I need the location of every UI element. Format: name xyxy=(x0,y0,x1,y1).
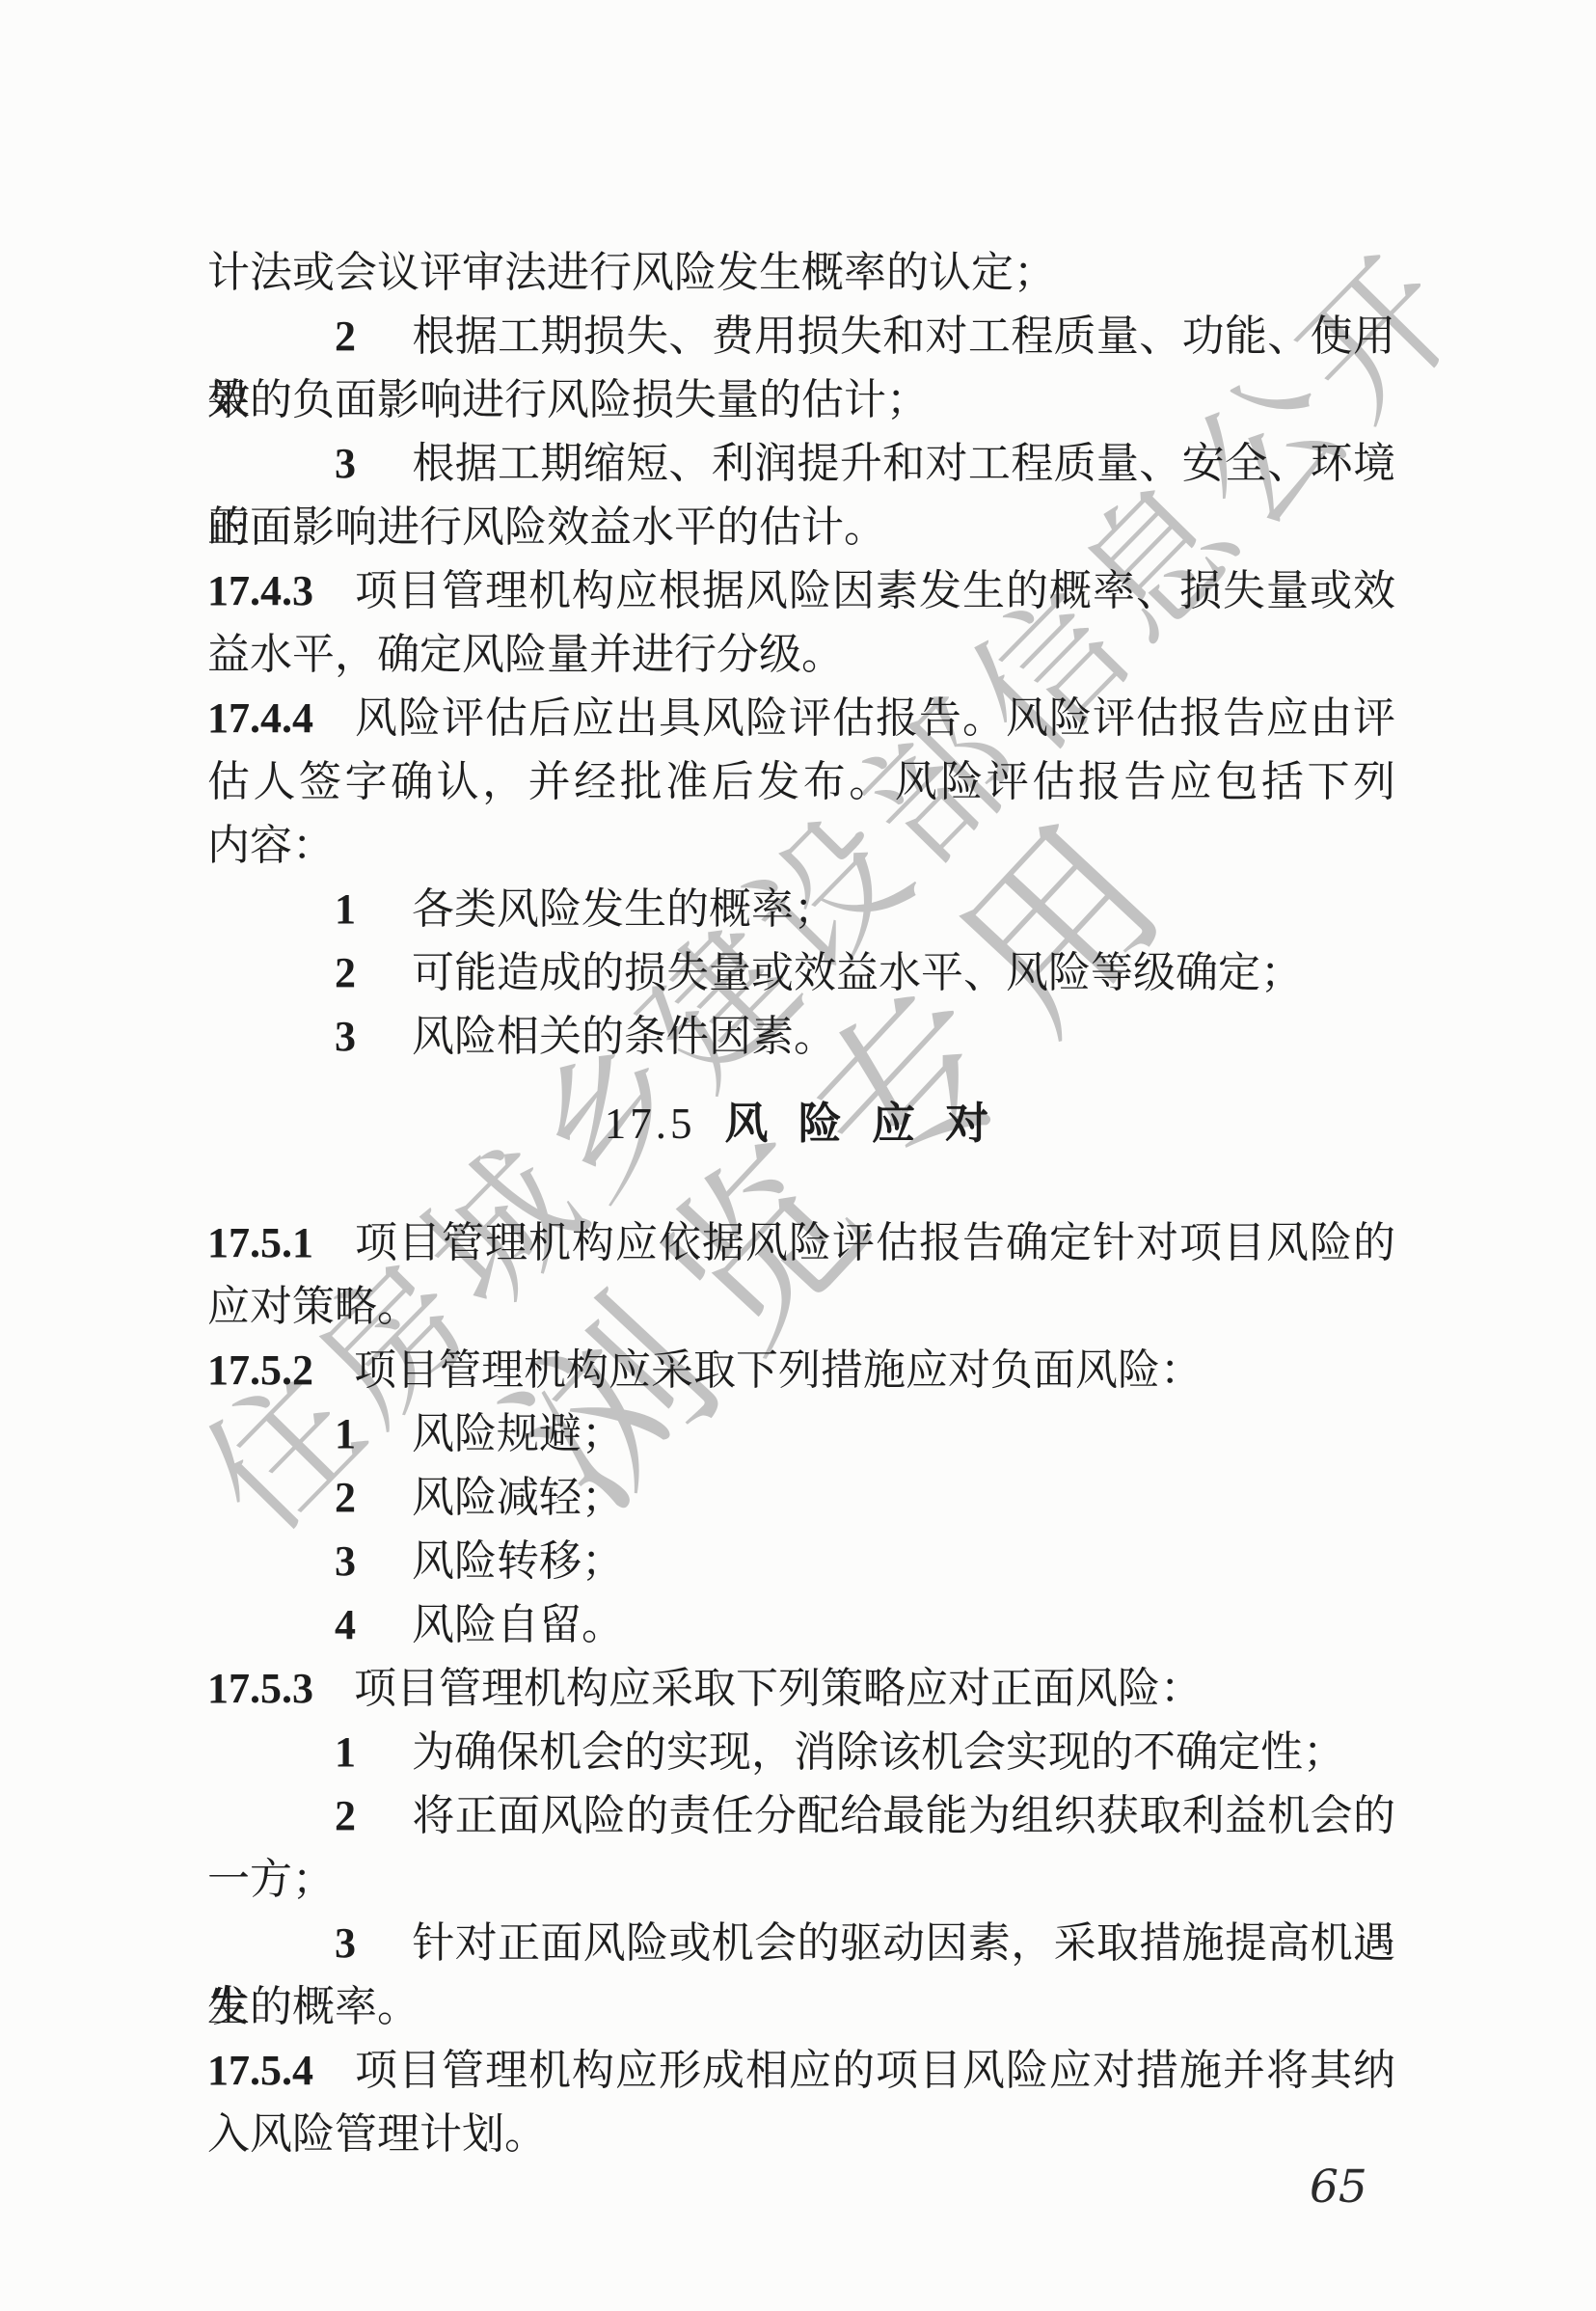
line-text: 风险自留。 xyxy=(412,1601,624,1648)
text-line: 果的负面影响进行风险损失量的估计； xyxy=(207,368,1395,432)
list-item-line: 1为确保机会的实现，消除该机会实现的不确定性； xyxy=(207,1721,1395,1784)
line-text: 各类风险发生的概率； xyxy=(412,885,836,933)
list-item-number: 2 xyxy=(335,1784,356,1848)
line-text: 入风险管理计划。 xyxy=(207,2110,547,2158)
clause-line: 17.5.3项目管理机构应采取下列策略应对正面风险： xyxy=(207,1657,1395,1721)
list-item-number: 1 xyxy=(335,1402,356,1466)
clause-number: 17.4.4 xyxy=(207,687,313,750)
scanned-standard-page: { "page": { "number": "65", "watermark":… xyxy=(0,0,1596,2311)
list-item-number: 2 xyxy=(335,1466,356,1530)
line-text: 正面影响进行风险效益水平的估计。 xyxy=(207,503,886,551)
line-text: 风险评估后应出具风险评估报告。风险评估报告应由评 xyxy=(354,694,1395,742)
clause-line: 17.5.2项目管理机构应采取下列措施应对负面风险： xyxy=(207,1339,1395,1402)
line-text: 风险相关的条件因素。 xyxy=(412,1013,836,1060)
list-item-number: 1 xyxy=(335,878,356,941)
list-item-line: 2将正面风险的责任分配给最能为组织获取利益机会的 xyxy=(207,1784,1395,1848)
line-text: 将正面风险的责任分配给最能为组织获取利益机会的 xyxy=(412,1792,1395,1839)
text-line: 益水平，确定风险量并进行分级。 xyxy=(207,623,1395,687)
clause-line: 17.5.4项目管理机构应形成相应的项目风险应对措施并将其纳 xyxy=(207,2039,1395,2103)
section-heading-title: 风 险 应 对 xyxy=(724,1100,998,1148)
list-item-number: 2 xyxy=(335,941,356,1005)
list-item-line: 3根据工期缩短、利润提升和对工程质量、安全、环境的 xyxy=(207,432,1395,496)
line-text: 项目管理机构应依据风险评估报告确定针对项目风险的 xyxy=(354,1219,1395,1266)
line-text: 内容： xyxy=(207,822,335,869)
line-text: 计法或会议评审法进行风险发生概率的认定； xyxy=(207,249,1056,296)
list-item-line: 1风险规避； xyxy=(207,1402,1395,1466)
list-item-line: 2可能造成的损失量或效益水平、风险等级确定； xyxy=(207,941,1395,1005)
text-line: 一方； xyxy=(207,1848,1395,1912)
line-text: 可能造成的损失量或效益水平、风险等级确定； xyxy=(412,949,1303,996)
line-text: 估人签字确认，并经批准后发布。风险评估报告应包括下列 xyxy=(207,758,1395,805)
list-item-line: 3针对正面风险或机会的驱动因素，采取措施提高机遇发 xyxy=(207,1912,1395,1975)
list-item-number: 3 xyxy=(335,1530,356,1593)
line-text: 为确保机会的实现，消除该机会实现的不确定性； xyxy=(412,1728,1345,1776)
text-line: 计法或会议评审法进行风险发生概率的认定； xyxy=(207,241,1395,305)
list-item-line: 1各类风险发生的概率； xyxy=(207,878,1395,941)
clause-number: 17.5.4 xyxy=(207,2039,313,2103)
clause-number: 17.5.1 xyxy=(207,1211,313,1275)
line-text: 项目管理机构应采取下列措施应对负面风险： xyxy=(354,1346,1203,1394)
line-text: 风险转移； xyxy=(412,1537,624,1585)
clause-line: 17.4.3项目管理机构应根据风险因素发生的概率、损失量或效 xyxy=(207,559,1395,623)
text-line: 内容： xyxy=(207,814,1395,878)
line-text: 益水平，确定风险量并进行分级。 xyxy=(207,631,844,678)
line-text: 项目管理机构应形成相应的项目风险应对措施并将其纳 xyxy=(354,2047,1395,2094)
text-line: 正面影响进行风险效益水平的估计。 xyxy=(207,496,1395,559)
list-item-line: 3风险转移； xyxy=(207,1530,1395,1593)
text-line: 应对策略。 xyxy=(207,1275,1395,1339)
line-text: 风险规避； xyxy=(412,1410,624,1457)
list-item-number: 3 xyxy=(335,1912,356,1975)
list-item-line: 4风险自留。 xyxy=(207,1593,1395,1657)
line-text: 生的概率。 xyxy=(207,1983,419,2030)
list-item-number: 1 xyxy=(335,1721,356,1784)
line-text: 应对策略。 xyxy=(207,1283,419,1330)
list-item-line: 3风险相关的条件因素。 xyxy=(207,1005,1395,1069)
clause-number: 17.5.3 xyxy=(207,1657,313,1721)
clause-number: 17.5.2 xyxy=(207,1339,313,1402)
line-text: 果的负面影响进行风险损失量的估计； xyxy=(207,376,929,423)
list-item-number: 4 xyxy=(335,1593,356,1657)
list-item-line: 2风险减轻； xyxy=(207,1466,1395,1530)
text-line: 入风险管理计划。 xyxy=(207,2103,1395,2166)
line-text: 风险减轻； xyxy=(412,1474,624,1521)
section-heading: 17.5风 险 应 对 xyxy=(207,1092,1395,1155)
list-item-number: 3 xyxy=(335,432,356,496)
list-item-number: 3 xyxy=(335,1005,356,1069)
line-text: 项目管理机构应采取下列策略应对正面风险： xyxy=(354,1665,1203,1712)
list-item-line: 2根据工期损失、费用损失和对工程质量、功能、使用效 xyxy=(207,305,1395,368)
document-body: 计法或会议评审法进行风险发生概率的认定；2根据工期损失、费用损失和对工程质量、功… xyxy=(207,241,1395,2166)
list-item-number: 2 xyxy=(335,305,356,368)
section-heading-number: 17.5 xyxy=(605,1092,696,1155)
text-line: 生的概率。 xyxy=(207,1975,1395,2039)
clause-line: 17.5.1项目管理机构应依据风险评估报告确定针对项目风险的 xyxy=(207,1211,1395,1275)
page-number: 65 xyxy=(1310,2161,1367,2214)
clause-line: 17.4.4风险评估后应出具风险评估报告。风险评估报告应由评 xyxy=(207,687,1395,750)
line-text: 一方； xyxy=(207,1856,335,1903)
line-text: 项目管理机构应根据风险因素发生的概率、损失量或效 xyxy=(354,567,1395,614)
clause-number: 17.4.3 xyxy=(207,559,313,623)
text-line: 估人签字确认，并经批准后发布。风险评估报告应包括下列 xyxy=(207,750,1395,814)
